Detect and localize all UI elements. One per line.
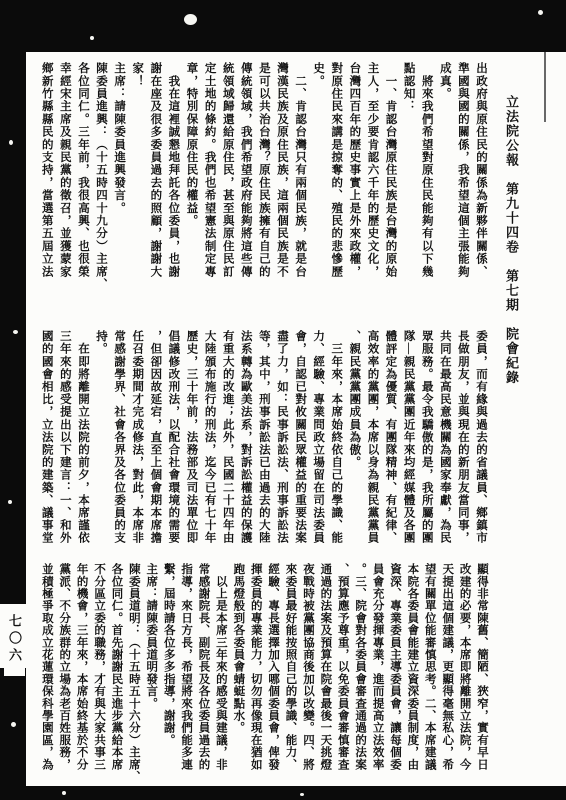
text-column: 顯得非常陳舊、簡陋、狹窄，實有早日 [473,563,490,784]
text-column: 以上是本席三年來的感受與建議，非 [212,563,229,784]
text-column: 歷史，三十年前，法務部及司法單位即 [182,330,200,546]
text-column: 出政府與原住民的關係為新夥伴關係、 [472,62,490,294]
text-column: 常感謝院長、副院長及各位委員過去的 [194,563,211,784]
scan-white-speck [300,793,304,796]
page-number: 七〇六 [4,612,25,676]
text-column: 二、肯認台灣只有兩個民族，就是台 [291,62,309,294]
text-column: ，但卻因故延宕，直至上個會期本席擔 [146,330,164,546]
text-column: 一、肯認台灣原住民族是台灣的原始 [381,62,399,294]
register-middle: 委員，而有緣與過去的省議員、鄉鎮市長做朋友，並與現在的新朋友當同事，共同在最高民… [38,330,490,546]
text-column: 是可以共治台灣？原住民族擁有自己的 [255,62,273,294]
text-column: 對原住民來講是掠奪的、殖民的悲慘歷 [327,62,345,294]
text-column: 三年來，本席始終依自己的學識、能 [327,330,345,546]
text-column: 年的機會，三年來，本席始終基於不分 [72,563,89,784]
masthead-title-column: 立法院公報 第九十四卷 第七期 院會紀錄 [502,95,521,380]
text-column: 將來我們希望對原住民能夠有以下幾 [418,62,436,294]
text-column: 夜戰時被黨團協商後加以改變。四、將 [299,563,316,784]
scan-white-speck [538,10,543,15]
text-column: 揮委員的專業能力，切勿再像現在猶如 [246,563,263,784]
text-column: 體評定為優質、有團隊精神、有紀律、 [381,330,399,546]
text-column: 陳委員進興：（十五時四十九分）主席、 [92,62,110,294]
text-column: 通過的法案及預算在院會最後一天挑燈 [316,563,333,784]
text-column: 並積極爭取成立花蓮環保科學園區，為 [37,563,54,784]
text-column: 黨派、不分族群的立場為老百姓服務， [55,563,72,784]
text-column: 家！ [128,62,146,294]
scan-fold-line [544,52,546,122]
text-column: 持。 [92,330,110,546]
text-column: 員會充分發揮專業，進而提高立法效率 [368,563,385,784]
gazette-scan-page: { "masthead": { "title": "立法院公報", "volum… [0,0,566,800]
text-column: 資深、專業委員主導委員會，讓每個委 [386,563,403,784]
text-column: 統領域歸還給原住民，甚至與原住民訂 [219,62,237,294]
text-column: 委員，而有緣與過去的省議員、鄉鎮市 [472,330,490,546]
text-column: 盡了力，如：民事訴訟法、刑事訴訟法 [273,330,291,546]
text-column: 成真。 [436,62,454,294]
scan-white-speck [9,140,13,145]
scan-border-bottom [0,786,566,800]
text-column: 跑馬燈般到各委員會蜻蜓點水。 [229,563,246,784]
scan-white-speck [11,722,16,727]
text-column: 章，特別保障原住民的權益。 [182,62,200,294]
text-column: 灣漢民族及原住民族，這兩個民族是不 [273,62,291,294]
scan-white-speck [90,36,94,40]
text-column: 陳委員道明：（十五時五十六分）主席、 [124,563,141,784]
scan-border-left-lower [0,668,26,788]
scan-border-top [0,0,566,52]
text-column: 眾服務。最令我驕傲的是，我所屬的團 [418,330,436,546]
text-column: 改建的必要，本席即將離開立法院，今 [455,563,472,784]
scan-white-speck [8,500,12,504]
text-column: 、親民黨黨團成員為傲。 [345,330,363,546]
text-column: 法系轉為歐美法系，對訴訟權益的保護 [237,330,255,546]
text-column: 高效率的黨團，本席以身為親民黨黨員 [363,330,381,546]
text-column: 鄉新竹縣縣民的支持，當選第五屆立法 [38,62,56,294]
text-column: 各位同仁。首先謝謝民主進步黨給本席 [107,563,124,784]
text-column: 各位同仁。三年前，我很高興、也很榮 [74,62,92,294]
text-column: 本院各委員會能建立資深委員制度，由 [403,563,420,784]
text-column: 天提出這個建議，更顯得毫無私心，希 [438,563,455,784]
text-column: 望有關單位能審慎思考。二、本席建議 [420,563,437,784]
text-column: 主席：請陳委員進興發言。 [110,62,128,294]
text-column: 常感謝學界、社會各界及各位委員的支 [110,330,128,546]
text-column: 主人，至少要肯認六千年的歷史文化， [363,62,381,294]
text-column: 謝在座及很多委員過去的照顧，謝謝大 [146,62,164,294]
text-column: 主席：請陳委員道明發言。 [142,563,159,784]
text-column: 不分區立委的職務，才有與大家共事三 [90,563,107,784]
text-column: 在即將離開立法院的前夕，本席謹依 [74,330,92,546]
text-column: 史。 [309,62,327,294]
text-column: 點認知： [400,62,418,294]
text-column: 隊—親民黨黨團近年來均經媒體及各團 [400,330,418,546]
text-column: 準國與國的關係，我希望這個主張能夠 [454,62,472,294]
register-bottom: 顯得非常陳舊、簡陋、狹窄，實有早日改建的必要，本席即將離開立法院，今天提出這個建… [38,563,490,784]
text-column: 有重大的改進；此外，民國二十四年由 [219,330,237,546]
text-column: 共同在最高民意機關為國家奉獻，為民 [436,330,454,546]
text-column: 任召委期間才完成修法，對此，本席非 [128,330,146,546]
scan-white-speck [62,791,66,795]
text-column: 來委員最好能按照自己的學識、能力、 [281,563,298,784]
scan-white-speck [13,330,18,334]
text-column: 幸經宋主席及親民黨的徵召，並獲蒙家 [56,62,74,294]
text-column: 。三、院會對各委員會審查通過的法案 [351,563,368,784]
text-column: 三年來的感受提出以下建言：一、和外 [56,330,74,546]
text-column: 我在這裡誠懇地拜託各位委員，也謝 [164,62,182,294]
scan-white-speck [184,14,197,25]
scan-border-left-upper [0,52,26,604]
text-column: 定土地的條約。我們也希望憲法制定專 [201,62,219,294]
text-column: 大陸頒布施行的刑法，迄今已有七十年 [201,330,219,546]
text-column: 倡議修改刑法，以配合社會環境的需要 [164,330,182,546]
text-column: 台灣四百年的歷史事實上是外來政權， [345,62,363,294]
text-column: 繫，屆時請各位多多指導，謝謝。 [159,563,176,784]
text-column: 、預算應予尊重，以免委員會審慎審查 [333,563,350,784]
text-column: 國的國會相比，立法院的建築、議事堂 [38,330,56,546]
text-column: 長做朋友，並與現在的新朋友當同事， [454,330,472,546]
text-column: 會，自認已對攸關民眾權益的重要法案 [291,330,309,546]
text-column: 力、經驗、專業問政立場留在司法委員 [309,330,327,546]
text-column: 傳統領域，我們希望政府能夠將這些傳 [237,62,255,294]
text-column: 指導，來日方長，希望將來我們能多連 [177,563,194,784]
text-column: 等，其中，刑事訴訟法已由過去的大陸 [255,330,273,546]
register-top: 出政府與原住民的關係為新夥伴關係、準國與國的關係，我希望這個主張能夠成真。 將來… [38,62,490,294]
text-column: 經驗、專長選擇加入哪個委員會，俾發 [264,563,281,784]
